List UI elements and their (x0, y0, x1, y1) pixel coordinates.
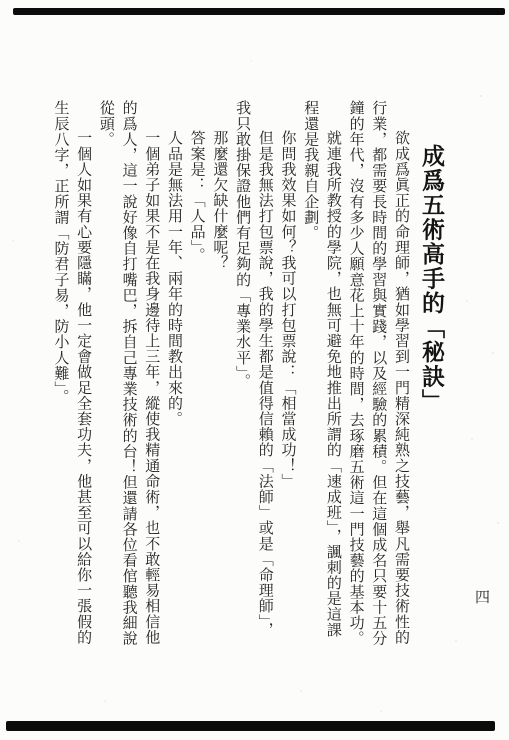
paragraph: 人品是無法用一年、兩年的時間教出來的。 (162, 100, 185, 648)
paragraph: 但是我無法打包票說，我的學生都是值得信賴的「法師」或是「命理師」，我只敢掛保證他… (230, 100, 275, 648)
paragraph: 一個弟子如果不是在我身邊待上三年，縱使我精通命術，也不敢輕易相信他的爲人，這一說… (94, 100, 162, 648)
page-number: 四 (471, 589, 492, 604)
scan-artifact-bar-bottom (6, 721, 495, 731)
paragraph: 那麼還欠缺什麼呢？ (208, 100, 231, 648)
book-page: 成爲五術高手的「秘訣」 欲成爲眞正的命理師，猶如學習到一門精深純熟之技藝，舉凡需… (0, 0, 509, 740)
page-title: 成爲五術高手的「秘訣」 (416, 100, 446, 648)
paragraph: 欲成爲眞正的命理師，猶如學習到一門精深純熟之技藝，舉凡需要技術性的行業，都需要長… (344, 100, 412, 648)
paragraph: 就連我所教授的學院，也無可避免地推出所謂的「速成班」，諷刺的是這課程還是我親自企… (298, 100, 343, 648)
paragraph: 你問我效果如何？我可以打包票說：「相當成功！」 (276, 100, 299, 648)
scan-artifact-bar-top (13, 8, 505, 15)
page-content: 成爲五術高手的「秘訣」 欲成爲眞正的命理師，猶如學習到一門精深純熟之技藝，舉凡需… (49, 100, 448, 648)
scan-noise (0, 0, 2, 2)
paragraph: 答案是：「人品」。 (185, 100, 208, 648)
paragraph: 一個人如果有心要隱瞞，他一定會做足全套功夫，他甚至可以給你一張假的生辰八字，正所… (49, 100, 94, 648)
